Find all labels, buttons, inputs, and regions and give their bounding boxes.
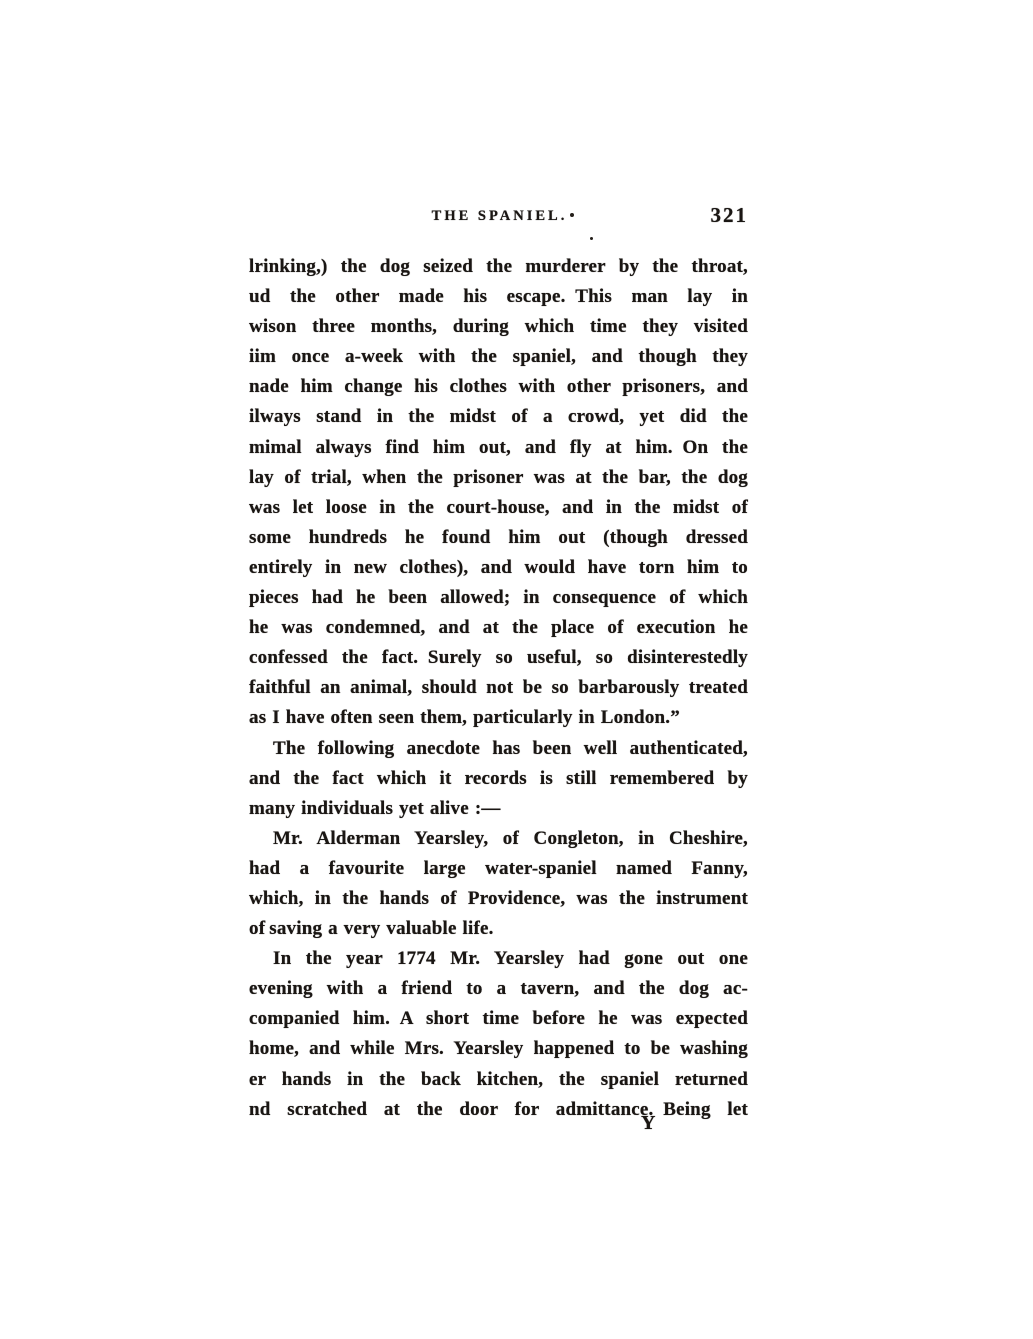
text-line: ilways stand in the midst of a crowd, ye… bbox=[249, 402, 748, 432]
text-line: pieces had he been allowed; in consequen… bbox=[249, 583, 748, 613]
text-line: wison three months, during which time th… bbox=[249, 312, 748, 342]
text-line: ud the other made his escape. This man l… bbox=[249, 282, 748, 312]
text-line: entirely in new clothes), and would have… bbox=[249, 553, 748, 583]
text-line paragraph-end: of saving a very valuable life. bbox=[249, 914, 748, 944]
text-line: iim once a-week with the spaniel, and th… bbox=[249, 342, 748, 372]
text-line: faithful an animal, should not be so bar… bbox=[249, 673, 748, 703]
text-line: had a favourite large water-spaniel name… bbox=[249, 854, 748, 884]
text-line paragraph-start: In the year 1774 Mr. Yearsley had gone o… bbox=[249, 944, 748, 974]
text-line: was let loose in the court-house, and in… bbox=[249, 493, 748, 523]
ink-speck bbox=[590, 237, 593, 240]
text-line paragraph-end: as I have often seen them, particularly … bbox=[249, 703, 748, 733]
text-line paragraph-start: Mr. Alderman Yearsley, of Congleton, in … bbox=[249, 824, 748, 854]
text-line paragraph-end: many individuals yet alive :— bbox=[249, 794, 748, 824]
text-line: which, in the hands of Providence, was t… bbox=[249, 884, 748, 914]
body-text: lrinking,) the dog seized the murderer b… bbox=[249, 252, 748, 1125]
text-line paragraph-start: The following anecdote has been well aut… bbox=[249, 734, 748, 764]
text-line: companied him. A short time before he wa… bbox=[249, 1004, 748, 1034]
text-line: and the fact which it records is still r… bbox=[249, 764, 748, 794]
page-title: THE SPANIEL. bbox=[250, 208, 749, 225]
text-line: mimal always find him out, and fly at hi… bbox=[249, 433, 748, 463]
text-line: evening with a friend to a tavern, and t… bbox=[249, 974, 748, 1004]
running-head: THE SPANIEL. 321 bbox=[250, 206, 749, 232]
text-line: lay of trial, when the prisoner was at t… bbox=[249, 463, 748, 493]
text-line: he was condemned, and at the place of ex… bbox=[249, 613, 748, 643]
text-line: er hands in the back kitchen, the spanie… bbox=[249, 1065, 748, 1095]
text-line: nade him change his clothes with other p… bbox=[249, 372, 748, 402]
text-line: some hundreds he found him out (though d… bbox=[249, 523, 748, 553]
printer-signature-mark: Y bbox=[641, 1112, 655, 1135]
page-number: 321 bbox=[711, 203, 749, 228]
text-line: confessed the fact. Surely so useful, so… bbox=[249, 643, 748, 673]
scanned-book-page: THE SPANIEL. 321 lrinking,) the dog seiz… bbox=[0, 0, 1033, 1339]
ink-speck bbox=[570, 213, 574, 217]
text-line: lrinking,) the dog seized the murderer b… bbox=[249, 252, 748, 282]
text-line: nd scratched at the door for admittance.… bbox=[249, 1095, 748, 1125]
text-line: home, and while Mrs. Yearsley happened t… bbox=[249, 1034, 748, 1064]
